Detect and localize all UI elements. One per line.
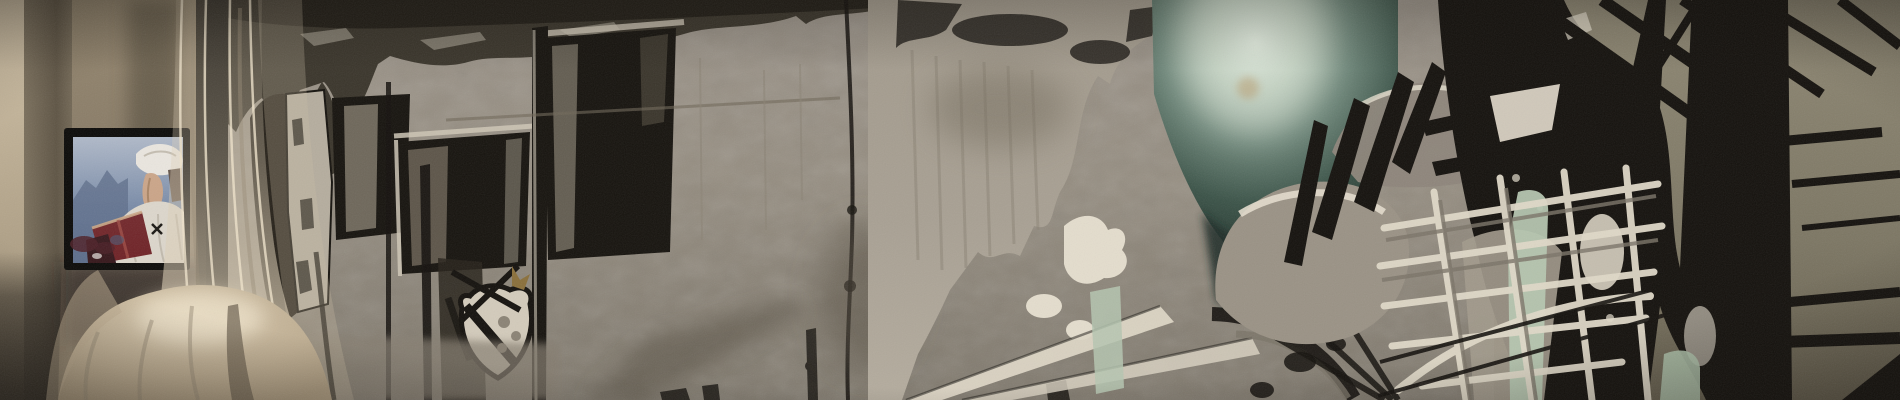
film-grain <box>0 0 1900 400</box>
artwork-photo <box>0 0 1900 400</box>
